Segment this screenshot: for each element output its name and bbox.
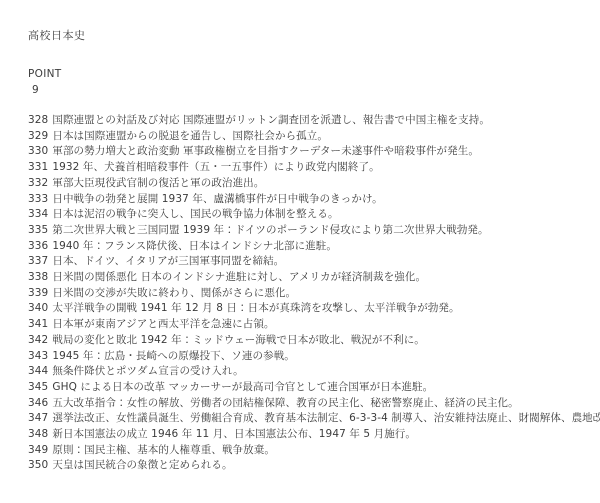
point-item: 329日本は国際連盟からの脱退を通告し、国際社会から孤立。 <box>28 129 574 145</box>
document-page: 高校日本史 POINT 9 328国際連盟との対話及び対応 国際連盟がリットン調… <box>0 0 600 503</box>
point-item-number: 329 <box>28 130 48 142</box>
point-item-text: 太平洋戦争の開戦 1941 年 12 月 8 日：日本が真珠湾を攻撃し、太平洋戦… <box>52 302 459 314</box>
point-item-text: 天皇は国民統合の象徴と定められる。 <box>52 459 232 471</box>
point-item-number: 334 <box>28 208 48 220</box>
point-item-text: 日本は国際連盟からの脱退を通告し、国際社会から孤立。 <box>52 130 328 142</box>
point-item-number: 333 <box>28 193 48 205</box>
point-item-text: 無条件降伏とポツダム宣言の受け入れ。 <box>52 365 243 377</box>
point-item: 3431945 年：広島・長崎への原爆投下、ソ連の参戦。 <box>28 349 574 365</box>
point-item-number: 335 <box>28 224 48 236</box>
point-item-number: 348 <box>28 428 48 440</box>
point-item: 3361940 年：フランス降伏後、日本はインドシナ北部に進駐。 <box>28 239 574 255</box>
point-item-text: 選挙法改正、女性議員誕生、労働組合育成、教育基本法制定、6-3-3-4 制導入、… <box>52 412 600 424</box>
point-item-text: 軍部の勢力増大と政治変動 軍事政権樹立を目指すクーデター未遂事件や暗殺事件が発生… <box>52 145 479 157</box>
point-item: 334日本は泥沼の戦争に突入し、国民の戦争協力体制を整える。 <box>28 207 574 223</box>
point-item-number: 344 <box>28 365 48 377</box>
page-title: 高校日本史 <box>28 30 574 42</box>
point-item-number: 346 <box>28 397 48 409</box>
point-item-text: 国際連盟との対話及び対応 国際連盟がリットン調査団を派遣し、報告書で中国主権を支… <box>52 114 490 126</box>
point-item-number: 349 <box>28 444 48 456</box>
point-item: 348新日本国憲法の成立 1946 年 11 月、日本国憲法公布、1947 年 … <box>28 427 574 443</box>
point-item: 330軍部の勢力増大と政治変動 軍事政権樹立を目指すクーデター未遂事件や暗殺事件… <box>28 144 574 160</box>
point-item-text: 日米間の関係悪化 日本のインドシナ進駐に対し、アメリカが経済制裁を強化。 <box>52 271 426 283</box>
point-item-number: 332 <box>28 177 48 189</box>
point-item-text: 日米間の交渉が失敗に終わり、関係がさらに悪化。 <box>52 287 296 299</box>
point-item: 346五大改革指令：女性の解放、労働者の団結権保障、教育の民主化、秘密警察廃止、… <box>28 396 574 412</box>
point-item: 332軍部大臣現役武官制の復活と軍の政治進出。 <box>28 176 574 192</box>
point-item: 333日中戦争の勃発と展開 1937 年、盧溝橋事件が日中戦争のきっかけ。 <box>28 192 574 208</box>
point-item-number: 336 <box>28 240 48 252</box>
point-item-number: 343 <box>28 350 48 362</box>
point-item-text: 1940 年：フランス降伏後、日本はインドシナ北部に進駐。 <box>52 240 337 252</box>
point-item: 337日本、ドイツ、イタリアが三国軍事同盟を締結。 <box>28 254 574 270</box>
point-item-number: 330 <box>28 145 48 157</box>
point-item: 340太平洋戦争の開戦 1941 年 12 月 8 日：日本が真珠湾を攻撃し、太… <box>28 301 574 317</box>
point-item: 347選挙法改正、女性議員誕生、労働組合育成、教育基本法制定、6-3-3-4 制… <box>28 411 574 427</box>
point-item-text: 戦局の変化と敗北 1942 年：ミッドウェー海戦で日本が敗北、戦況が不利に。 <box>52 334 425 346</box>
point-item: 350天皇は国民統合の象徴と定められる。 <box>28 458 574 474</box>
point-item: 335第二次世界大戦と三国同盟 1939 年：ドイツのポーランド侵攻により第二次… <box>28 223 574 239</box>
point-item: 3311932 年、犬養首相暗殺事件（五・一五事件）により政党内閣終了。 <box>28 160 574 176</box>
point-number: 9 <box>28 82 574 98</box>
point-item: 341日本軍が東南アジアと西太平洋を急速に占領。 <box>28 317 574 333</box>
point-item-number: 331 <box>28 161 48 173</box>
point-item: 349原則：国民主権、基本的人権尊重、戦争放棄。 <box>28 443 574 459</box>
point-item-number: 341 <box>28 318 48 330</box>
point-label: POINT <box>28 66 574 82</box>
point-item-number: 342 <box>28 334 48 346</box>
point-item-number: 347 <box>28 412 48 424</box>
point-item-text: 原則：国民主権、基本的人権尊重、戦争放棄。 <box>52 444 275 456</box>
point-item-number: 340 <box>28 302 48 314</box>
point-item-number: 339 <box>28 287 48 299</box>
point-item: 344無条件降伏とポツダム宣言の受け入れ。 <box>28 364 574 380</box>
point-item: 338日米間の関係悪化 日本のインドシナ進駐に対し、アメリカが経済制裁を強化。 <box>28 270 574 286</box>
point-item: 342戦局の変化と敗北 1942 年：ミッドウェー海戦で日本が敗北、戦況が不利に… <box>28 333 574 349</box>
point-item-number: 345 <box>28 381 48 393</box>
point-item: 345GHQ による日本の改革 マッカーサーが最高司令官として連合国軍が日本進駐… <box>28 380 574 396</box>
point-item-text: GHQ による日本の改革 マッカーサーが最高司令官として連合国軍が日本進駐。 <box>52 381 433 393</box>
point-item-number: 328 <box>28 114 48 126</box>
point-item: 339日米間の交渉が失敗に終わり、関係がさらに悪化。 <box>28 286 574 302</box>
point-item-number: 350 <box>28 459 48 471</box>
point-item-number: 337 <box>28 255 48 267</box>
point-item-text: 五大改革指令：女性の解放、労働者の団結権保障、教育の民主化、秘密警察廃止、経済の… <box>52 397 518 409</box>
point-item-text: 日本、ドイツ、イタリアが三国軍事同盟を締結。 <box>52 255 284 267</box>
point-item: 328国際連盟との対話及び対応 国際連盟がリットン調査団を派遣し、報告書で中国主… <box>28 113 574 129</box>
point-item-text: 軍部大臣現役武官制の復活と軍の政治進出。 <box>52 177 264 189</box>
point-item-text: 日本軍が東南アジアと西太平洋を急速に占領。 <box>52 318 274 330</box>
point-list: 328国際連盟との対話及び対応 国際連盟がリットン調査団を派遣し、報告書で中国主… <box>28 113 574 474</box>
point-item-text: 新日本国憲法の成立 1946 年 11 月、日本国憲法公布、1947 年 5 月… <box>52 428 416 440</box>
point-item-text: 日中戦争の勃発と展開 1937 年、盧溝橋事件が日中戦争のきっかけ。 <box>52 193 382 205</box>
point-item-text: 日本は泥沼の戦争に突入し、国民の戦争協力体制を整える。 <box>52 208 338 220</box>
point-item-text: 第二次世界大戦と三国同盟 1939 年：ドイツのポーランド侵攻により第二次世界大… <box>52 224 488 236</box>
point-item-text: 1945 年：広島・長崎への原爆投下、ソ連の参戦。 <box>52 350 295 362</box>
point-item-text: 1932 年、犬養首相暗殺事件（五・一五事件）により政党内閣終了。 <box>52 161 379 173</box>
point-item-number: 338 <box>28 271 48 283</box>
